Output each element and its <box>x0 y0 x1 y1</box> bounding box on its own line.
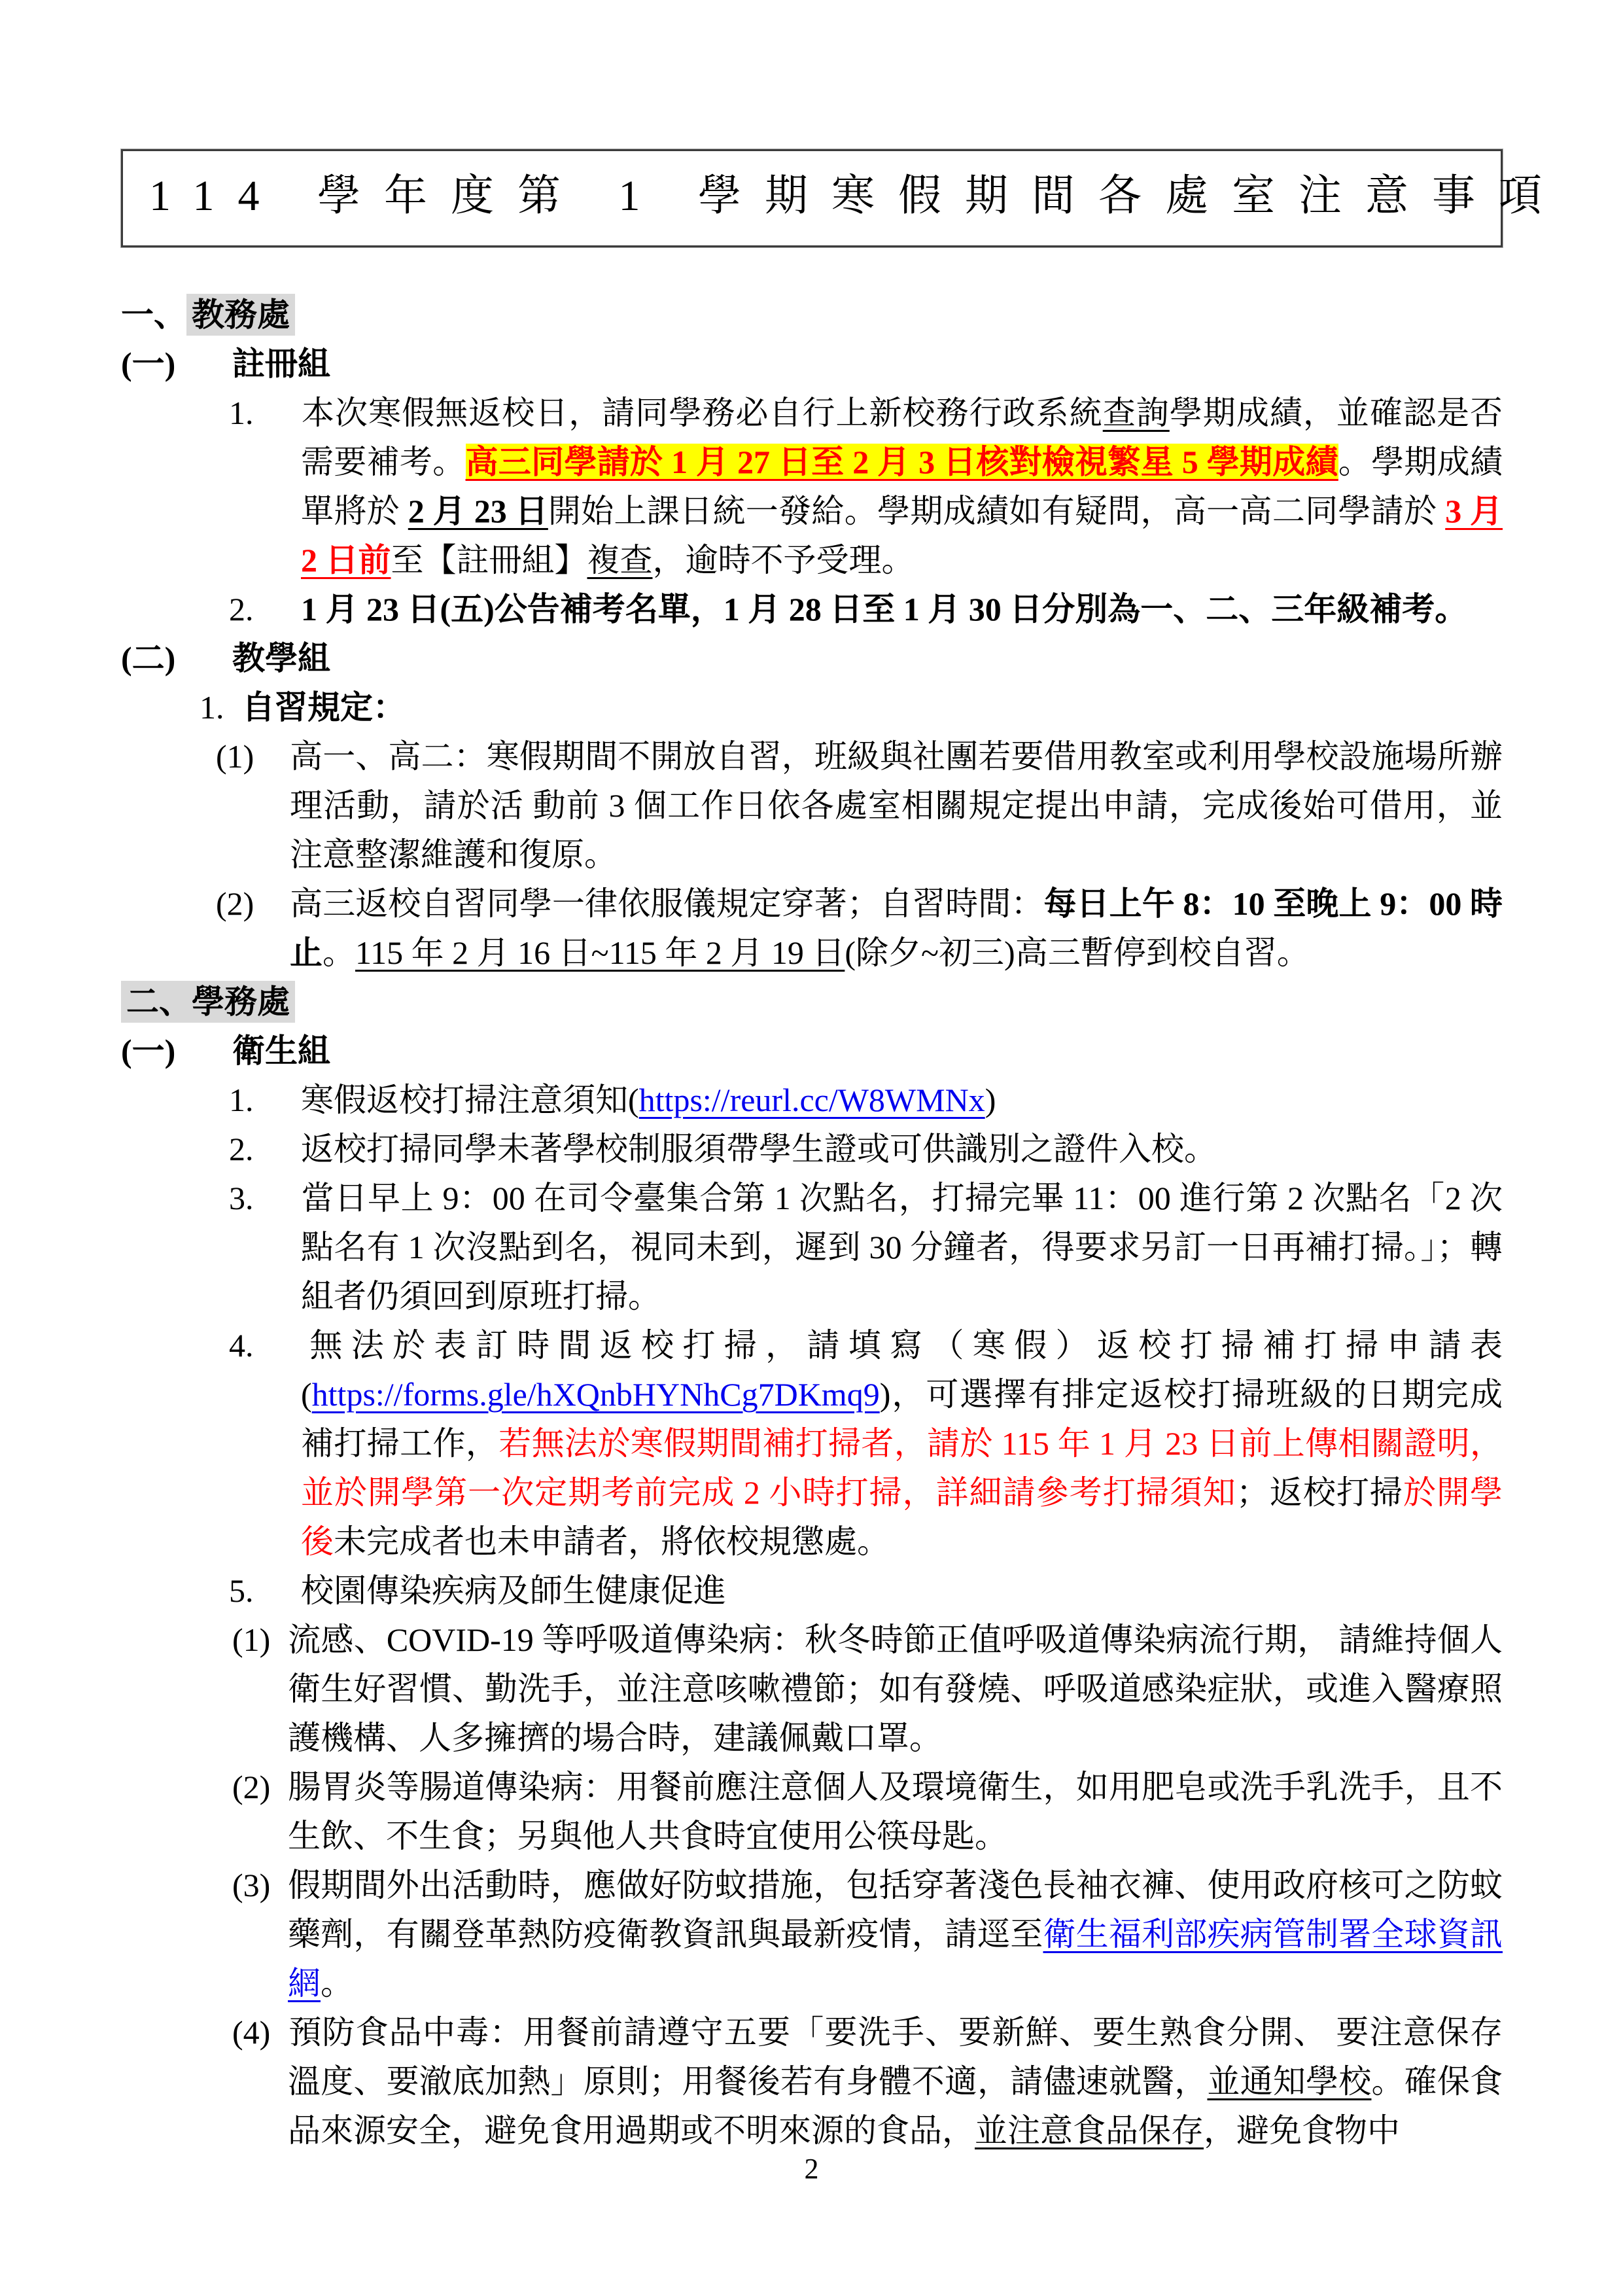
list-item-number: 2. <box>229 585 301 634</box>
text-run: ；返校打掃 <box>1236 1474 1403 1511</box>
document-content: 114 學年度第 1 學期寒假期間各處室注意事項 一、教務處 (一)註冊組 1.… <box>121 149 1503 2155</box>
list-subitem-marker: (2) <box>216 879 290 928</box>
text-run: 高三同學請於 1 月 27 日至 2 月 3 日核對檢視繁星 5 學期成績 <box>466 444 1338 480</box>
list-item-body: 無法於表訂時間返校打掃，請填寫（寒假）返校打掃補打掃申請表(https://fo… <box>301 1327 1503 1560</box>
list-subitem-body: 預防食品中毒：用餐前請遵守五要「要洗手、要新鮮、要生熟食分開、 要注意保存溫度、… <box>288 2014 1503 2149</box>
list-subitem: (1) 高一、高二：寒假期間不開放自習，班級與社團若要借用教室或利用學校設施場所… <box>121 732 1503 879</box>
document-title-box: 114 學年度第 1 學期寒假期間各處室注意事項 <box>121 149 1503 247</box>
section-heading-academic-affairs: 一、教務處 <box>121 291 1503 340</box>
text-run: 1 月 23 日(五)公告補考名單，1 月 28 日至 1 月 30 日分別為一… <box>301 591 1467 627</box>
list-subitem-marker: (4) <box>232 2008 288 2057</box>
list-item-body: 返校打掃同學未著學校制服須帶學生證或可供識別之證件入校。 <box>301 1131 1217 1167</box>
subsection-marker: (二) <box>121 634 232 683</box>
text-run: 開始上課日統一發給。學期成績如有疑問，高一高二同學請於 <box>548 493 1445 529</box>
list-subitem-body: 流感、COVID-19 等呼吸道傳染病：秋冬時節正值呼吸道傳染病流行期， 請維持… <box>288 1621 1503 1756</box>
list-subitem-marker: (2) <box>232 1763 288 1812</box>
subsection-label: 教學組 <box>232 640 330 677</box>
list-item: 3.當日早上 9：00 在司令臺集合第 1 次點名，打掃完畢 11：00 進行第… <box>121 1174 1503 1321</box>
list-subitem-body: 腸胃炎等腸道傳染病：用餐前應注意個人及環境衛生，如用肥皂或洗手乳洗手，且不生飲、… <box>288 1769 1503 1854</box>
text-run: 本次寒假無返校日，請同學務必自行上新校務行政系統 <box>301 395 1103 431</box>
list-item: 1.本次寒假無返校日，請同學務必自行上新校務行政系統查詢學期成績，並確認是否需要… <box>121 389 1503 585</box>
list-item-body: 當日早上 9：00 在司令臺集合第 1 次點名，打掃完畢 11：00 進行第 2… <box>301 1180 1503 1315</box>
text-run: 並通知學校 <box>1207 2063 1371 2100</box>
list-item-number: 1. <box>229 1076 301 1125</box>
subsection-marker: (一) <box>121 1027 232 1076</box>
text-run: 教務處 <box>186 294 295 336</box>
list-item: 4.無法於表訂時間返校打掃，請填寫（寒假）返校打掃補打掃申請表(https://… <box>121 1321 1503 1566</box>
text-run: 腸胃炎等腸道傳染病：用餐前應注意個人及環境衛生，如用肥皂或洗手乳洗手，且不生飲、… <box>288 1769 1503 1854</box>
section-heading-student-affairs: 二、學務處 <box>121 978 1503 1027</box>
text-run: 並注意食品保存 <box>975 2112 1204 2149</box>
list-subitem-body: 高三返校自習同學一律依服儀規定穿著；自習時間：每日上午 8：10 至晚上 9：0… <box>290 885 1503 971</box>
text-run: 未完成者也未申請者，將依校規懲處。 <box>334 1523 890 1560</box>
list-subitem-marker: (3) <box>232 1861 288 1910</box>
text-run: 。 <box>321 1965 353 2002</box>
text-run: 返校打掃同學未著學校制服須帶學生證或可供識別之證件入校。 <box>301 1131 1217 1167</box>
page-number: 2 <box>0 2149 1623 2189</box>
subsection-label: 衛生組 <box>232 1033 330 1069</box>
list-subitem-marker: (1) <box>232 1616 288 1665</box>
list-item-number: 1. <box>229 389 301 438</box>
list-item: 2.返校打掃同學未著學校制服須帶學生證或可供識別之證件入校。 <box>121 1125 1503 1174</box>
list-item-number: 3. <box>229 1174 301 1223</box>
list-subitem: (2)腸胃炎等腸道傳染病：用餐前應注意個人及環境衛生，如用肥皂或洗手乳洗手，且不… <box>121 1763 1503 1861</box>
subsection-registration: (一)註冊組 <box>121 340 1503 389</box>
list-item-body: 本次寒假無返校日，請同學務必自行上新校務行政系統查詢學期成績，並確認是否需要補考… <box>301 395 1503 578</box>
text-run: ，避免食物中 <box>1204 2112 1400 2149</box>
subsection-marker: (一) <box>121 340 232 389</box>
subsection-label: 註冊組 <box>232 345 330 382</box>
document-title: 114 學年度第 1 學期寒假期間各處室注意事項 <box>149 172 1565 220</box>
list-subitem-body: 高一、高二：寒假期間不開放自習，班級與社團若要借用教室或利用學校設施場所辦理活動… <box>290 738 1503 873</box>
text-run: ，逾時不予受理。 <box>653 542 915 578</box>
list-subitem: (3)假期間外出活動時，應做好防蚊措施，包括穿著淺色長袖衣褲、使用政府核可之防蚊… <box>121 1861 1503 2008</box>
list-item-number: 2. <box>229 1125 301 1174</box>
list-item: 1.自習規定： <box>121 683 1503 732</box>
text-run: 複查 <box>587 542 653 578</box>
text-run: 查詢 <box>1103 395 1170 431</box>
text-run: ) <box>985 1082 996 1118</box>
hyperlink[interactable]: https://forms.gle/hXQnbHYNhCg7DKmq9 <box>312 1376 880 1413</box>
text-run: 當日早上 9：00 在司令臺集合第 1 次點名，打掃完畢 11：00 進行第 2… <box>301 1180 1503 1315</box>
list-item-body: 自習規定： <box>242 689 406 726</box>
list-item: 2.1 月 23 日(五)公告補考名單，1 月 28 日至 1 月 30 日分別… <box>121 585 1503 634</box>
list-item-body: 校園傳染疾病及師生健康促進 <box>301 1572 726 1609</box>
list-item-number: 1. <box>200 683 242 732</box>
text-run: 校園傳染疾病及師生健康促進 <box>301 1572 726 1609</box>
text-run: 二、學務處 <box>121 981 295 1023</box>
list-item-number: 5. <box>229 1566 301 1616</box>
text-run: 寒假返校打掃注意須知( <box>301 1082 639 1118</box>
subsection-curriculum: (二)教學組 <box>121 634 1503 683</box>
list-item-body: 寒假返校打掃注意須知(https://reurl.cc/W8WMNx) <box>301 1082 996 1118</box>
text-run: (除夕~初三)高三暫停到校自習。 <box>845 934 1309 971</box>
list-subitem-marker: (1) <box>216 732 290 781</box>
text-run: 一、 <box>121 296 186 333</box>
list-item: 1.寒假返校打掃注意須知(https://reurl.cc/W8WMNx) <box>121 1076 1503 1125</box>
text-run: 。 <box>323 934 355 971</box>
text-run: 高一、高二：寒假期間不開放自習，班級與社團若要借用教室或利用學校設施場所辦理活動… <box>290 738 1503 873</box>
text-run: 流感、COVID-19 等呼吸道傳染病：秋冬時節正值呼吸道傳染病流行期， 請維持… <box>288 1621 1503 1756</box>
list-subitem: (4)預防食品中毒：用餐前請遵守五要「要洗手、要新鮮、要生熟食分開、 要注意保存… <box>121 2008 1503 2155</box>
list-item-number: 4. <box>229 1321 301 1370</box>
list-subitem-body: 假期間外出活動時，應做好防蚊措施，包括穿著淺色長袖衣褲、使用政府核可之防蚊藥劑，… <box>288 1867 1503 2002</box>
hyperlink[interactable]: https://reurl.cc/W8WMNx <box>639 1082 985 1118</box>
list-subitem: (2) 高三返校自習同學一律依服儀規定穿著；自習時間：每日上午 8：10 至晚上… <box>121 879 1503 978</box>
subsection-hygiene: (一)衛生組 <box>121 1027 1503 1076</box>
text-run: 至【註冊組】 <box>391 542 587 578</box>
list-item-body: 1 月 23 日(五)公告補考名單，1 月 28 日至 1 月 30 日分別為一… <box>301 591 1467 627</box>
text-run: 高三返校自習同學一律依服儀規定穿著；自習時間： <box>290 885 1043 922</box>
text-run: 115 年 2 月 16 日~115 年 2 月 19 日 <box>355 934 845 971</box>
document-page: 114 學年度第 1 學期寒假期間各處室注意事項 一、教務處 (一)註冊組 1.… <box>0 0 1623 2296</box>
list-item: 5.校園傳染疾病及師生健康促進 <box>121 1566 1503 1616</box>
list-subitem: (1)流感、COVID-19 等呼吸道傳染病：秋冬時節正值呼吸道傳染病流行期， … <box>121 1616 1503 1763</box>
text-run: 2 月 23 日 <box>408 493 548 529</box>
text-run: 自習規定： <box>242 689 406 726</box>
